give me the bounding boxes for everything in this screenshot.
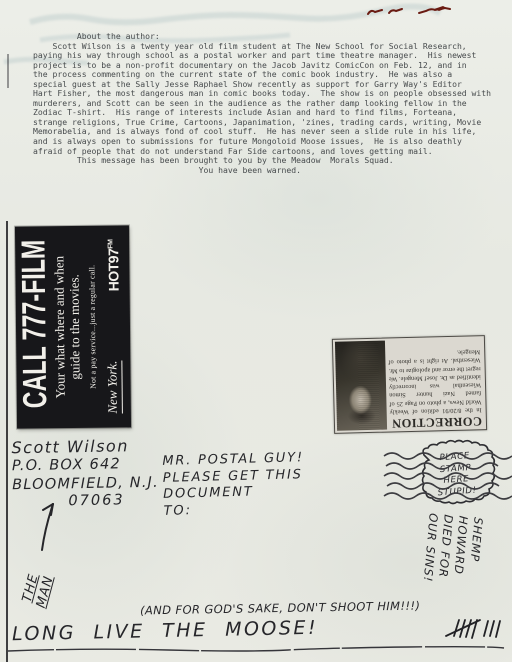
hot97-logo: HOT97FM bbox=[105, 239, 122, 291]
scan-edge-mark bbox=[7, 54, 9, 88]
correction-clipping: CORRECTION In the 8/20/91 edition of Wee… bbox=[332, 335, 487, 434]
tally-marks bbox=[444, 614, 502, 644]
about-author-text: About the author: Scott Wilson is a twen… bbox=[33, 32, 503, 175]
film-ad-clipping: CALL 777-FILM Your what where and when g… bbox=[15, 225, 131, 428]
address-name: Scott Wilson bbox=[11, 436, 158, 458]
postal-note-line: TO: bbox=[163, 500, 305, 520]
film-ad-content: CALL 777-FILM Your what where and when g… bbox=[15, 225, 131, 428]
film-ad-note: Not a pay service...just a regular call. bbox=[87, 226, 98, 428]
cancellation-lines bbox=[384, 448, 512, 504]
page-left-border bbox=[6, 221, 8, 662]
film-ad-headline: CALL 777-FILM bbox=[17, 246, 53, 408]
the-man-label: THE MAN bbox=[16, 557, 61, 623]
address-zip: 07063 bbox=[68, 492, 159, 510]
new-york-logo: New York. bbox=[104, 361, 123, 414]
hand-arrow bbox=[34, 496, 62, 554]
address-line3: BLOOMFIELD, N.J. bbox=[12, 473, 159, 494]
typed-line: You have been warned. bbox=[33, 166, 503, 176]
scanned-zine-page: About the author: Scott Wilson is a twen… bbox=[0, 0, 512, 662]
shemp-slogan: SHEMP HOWARD DIED FOR OUR SINS! bbox=[418, 513, 485, 602]
film-ad-brand-row: New York. HOT97FM bbox=[103, 225, 123, 427]
correction-body: In the 8/20/91 edition of Weekly World N… bbox=[388, 347, 482, 416]
correction-text-column: CORRECTION In the 8/20/91 edition of Wee… bbox=[385, 336, 486, 431]
long-live-moose: LONG LIVE THE MOOSE! bbox=[12, 617, 318, 645]
mengele-photo bbox=[335, 341, 387, 431]
postal-note: MR. POSTAL GUY! PLEASE GET THIS DOCUMENT… bbox=[162, 450, 305, 520]
red-pen-marks bbox=[362, 3, 462, 21]
hot97-fm-suffix: FM bbox=[107, 240, 114, 249]
film-ad-subline: Your what where and when guide to the mo… bbox=[52, 226, 83, 428]
correction-headline: CORRECTION bbox=[390, 414, 482, 429]
film-ad-subline-2: guide to the movies. bbox=[66, 226, 83, 428]
dont-shoot-note: (AND FOR GOD'S SAKE, DON'T SHOOT HIM!!!) bbox=[140, 599, 421, 618]
page-bottom-border bbox=[4, 642, 508, 656]
